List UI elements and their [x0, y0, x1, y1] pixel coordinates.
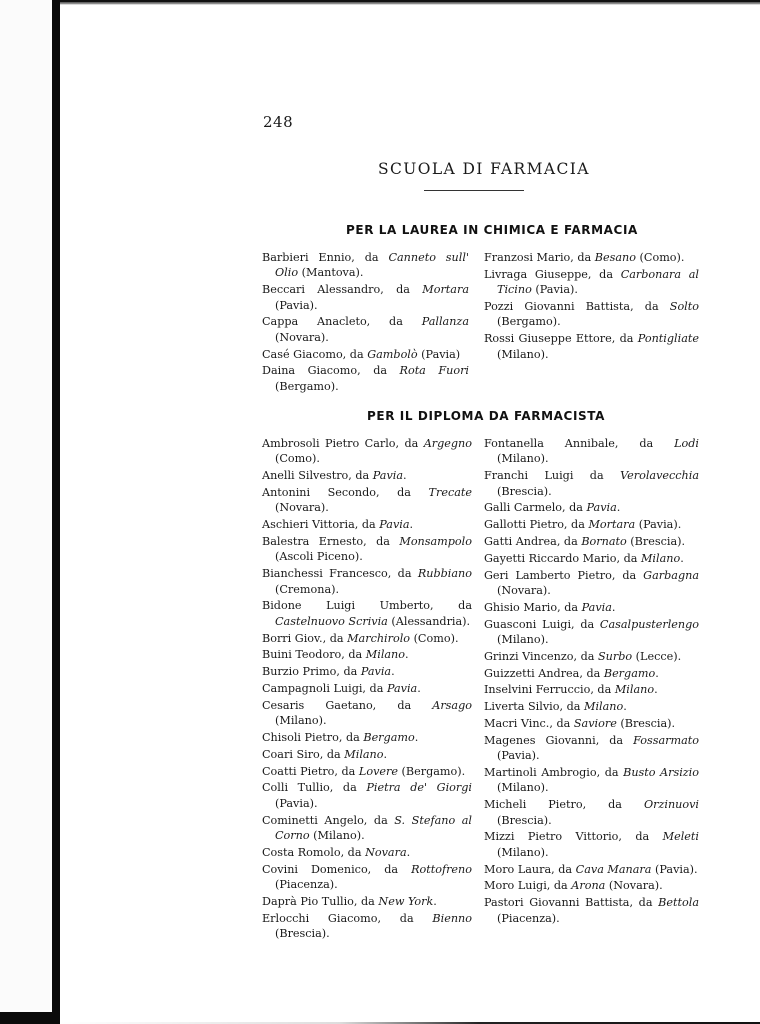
list-entry: Aschieri Vittoria, da Pavia. — [262, 517, 472, 532]
person-name: Casé Giacomo, da — [262, 348, 367, 361]
list-entry: Pozzi Giovanni Battista, da Solto (Berga… — [484, 299, 699, 330]
province: (Milano). — [275, 714, 327, 727]
list-entry: Cappa Anacleto, da Pallanza (Novara). — [262, 314, 469, 345]
list-entry: Guizzetti Andrea, da Bergamo. — [484, 666, 699, 681]
place-name: New York — [378, 895, 433, 908]
list-entry: Ambrosoli Pietro Carlo, da Argegno (Como… — [262, 436, 472, 467]
place-name: Monsampolo — [399, 535, 472, 548]
section-heading-laurea: PER LA LAUREA IN CHIMICA E FARMACIA — [346, 223, 638, 237]
list-entry: Geri Lamberto Pietro, da Garbagna (Novar… — [484, 568, 699, 599]
list-entry: Erlocchi Giacomo, da Bienno (Brescia). — [262, 911, 472, 942]
place-name: Milano — [366, 648, 405, 661]
province: (Milano). — [497, 781, 549, 794]
list-entry: Beccari Alessandro, da Mortara (Pavia). — [262, 282, 469, 313]
province: (Milano). — [310, 829, 365, 842]
province: . — [654, 683, 658, 696]
list-entry: Moro Laura, da Cava Manara (Pavia). — [484, 862, 699, 877]
place-name: Rottofreno — [411, 863, 472, 876]
person-name: Chisoli Pietro, da — [262, 731, 363, 744]
place-name: Bienno — [432, 912, 472, 925]
place-name: Pietra de' Giorgi — [366, 781, 472, 794]
province: (Brescia). — [617, 717, 675, 730]
diploma-column-left: Ambrosoli Pietro Carlo, da Argegno (Como… — [262, 436, 472, 941]
person-name: Mizzi Pietro Vittorio, da — [484, 830, 663, 843]
province: (Novara). — [275, 331, 329, 344]
list-entry: Guasconi Luigi, da Casalpusterlengo (Mil… — [484, 617, 699, 648]
province: (Brescia). — [275, 927, 330, 940]
person-name: Inselvini Ferruccio, da — [484, 683, 615, 696]
list-entry: Coari Siro, da Milano. — [262, 747, 472, 762]
place-name: Rubbiano — [418, 567, 472, 580]
person-name: Coatti Pietro, da — [262, 765, 359, 778]
person-name: Cesaris Gaetano, da — [262, 699, 432, 712]
list-entry: Buini Teodoro, da Milano. — [262, 647, 472, 662]
province: . — [384, 748, 388, 761]
list-entry: Gallotti Pietro, da Mortara (Pavia). — [484, 517, 699, 532]
place-name: Pallanza — [422, 315, 469, 328]
province: . — [391, 665, 395, 678]
list-entry: Barbieri Ennio, da Canneto sull' Olio (M… — [262, 250, 469, 281]
list-entry: Galli Carmelo, da Pavia. — [484, 500, 699, 515]
province: (Pavia). — [532, 283, 578, 296]
list-entry: Mizzi Pietro Vittorio, da Meleti (Milano… — [484, 829, 699, 860]
list-entry: Casé Giacomo, da Gambolò (Pavia) — [262, 347, 469, 362]
province: (Pavia). — [275, 797, 318, 810]
list-entry: Campagnoli Luigi, da Pavia. — [262, 681, 472, 696]
list-entry: Macri Vinc., da Saviore (Brescia). — [484, 716, 699, 731]
province: (Pavia) — [418, 348, 461, 361]
list-entry: Daina Giacomo, da Rota Fuori (Bergamo). — [262, 363, 469, 394]
list-entry: Ghisio Mario, da Pavia. — [484, 600, 699, 615]
province: . — [407, 846, 411, 859]
place-name: Marchirolo — [347, 632, 410, 645]
province: (Bergamo). — [275, 380, 339, 393]
person-name: Pozzi Giovanni Battista, da — [484, 300, 670, 313]
person-name: Gayetti Riccardo Mario, da — [484, 552, 641, 565]
province: . — [655, 667, 659, 680]
list-entry: Franzosi Mario, da Besano (Como). — [484, 250, 699, 265]
province: (Piacenza). — [497, 912, 560, 925]
person-name: Anelli Silvestro, da — [262, 469, 373, 482]
section-heading-diploma: PER IL DIPLOMA DA FARMACISTA — [367, 409, 605, 423]
person-name: Bidone Luigi Umberto, da — [262, 599, 472, 612]
person-name: Ghisio Mario, da — [484, 601, 582, 614]
province: (Como). — [275, 452, 320, 465]
province: (Mantova). — [298, 266, 363, 279]
person-name: Fontanella Annibale, da — [484, 437, 674, 450]
place-name: Bergamo — [363, 731, 414, 744]
province: (Cremona). — [275, 583, 339, 596]
list-entry: Gatti Andrea, da Bornato (Brescia). — [484, 534, 699, 549]
province: (Brescia). — [497, 814, 552, 827]
place-name: Solto — [670, 300, 699, 313]
place-name: Arona — [571, 879, 605, 892]
province: (Como). — [410, 632, 458, 645]
person-name: Macri Vinc., da — [484, 717, 574, 730]
list-entry: Covini Domenico, da Rottofreno (Piacenza… — [262, 862, 472, 893]
person-name: Franchi Luigi da — [484, 469, 620, 482]
place-name: Argegno — [424, 437, 472, 450]
diploma-column-right: Fontanella Annibale, da Lodi (Milano).Fr… — [484, 436, 699, 926]
list-entry: Moro Luigi, da Arona (Novara). — [484, 878, 699, 893]
province: . — [680, 552, 684, 565]
province: (Pavia). — [635, 518, 681, 531]
province: (Brescia). — [627, 535, 685, 548]
place-name: Garbagna — [643, 569, 699, 582]
person-name: Colli Tullio, da — [262, 781, 366, 794]
place-name: Rota Fuori — [400, 364, 469, 377]
province: (Novara). — [497, 584, 551, 597]
person-name: Daina Giacomo, da — [262, 364, 400, 377]
person-name: Barbieri Ennio, da — [262, 251, 388, 264]
list-entry: Colli Tullio, da Pietra de' Giorgi (Pavi… — [262, 780, 472, 811]
person-name: Rossi Giuseppe Ettore, da — [484, 332, 638, 345]
person-name: Balestra Ernesto, da — [262, 535, 399, 548]
place-name: Lodi — [674, 437, 699, 450]
list-entry: Burzio Primo, da Pavia. — [262, 664, 472, 679]
person-name: Moro Laura, da — [484, 863, 576, 876]
person-name: Guasconi Luigi, da — [484, 618, 600, 631]
laurea-column-right: Franzosi Mario, da Besano (Como).Livraga… — [484, 250, 699, 362]
province: . — [623, 700, 627, 713]
province: (Ascoli Piceno). — [275, 550, 363, 563]
page-number: 248 — [263, 113, 293, 131]
province: . — [405, 648, 409, 661]
list-entry: Livraga Giuseppe, da Carbonara al Ticino… — [484, 267, 699, 298]
place-name: Milano — [584, 700, 623, 713]
list-entry: Micheli Pietro, da Orzinuovi (Brescia). — [484, 797, 699, 828]
person-name: Beccari Alessandro, da — [262, 283, 422, 296]
list-entry: Borri Giov., da Marchirolo (Como). — [262, 631, 472, 646]
person-name: Costa Romolo, da — [262, 846, 365, 859]
person-name: Buini Teodoro, da — [262, 648, 366, 661]
list-entry: Costa Romolo, da Novara. — [262, 845, 472, 860]
person-name: Liverta Silvio, da — [484, 700, 584, 713]
person-name: Galli Carmelo, da — [484, 501, 587, 514]
place-name: Bornato — [581, 535, 626, 548]
province: (Pavia). — [497, 749, 540, 762]
place-name: Pontigliate — [638, 332, 699, 345]
place-name: Milano — [344, 748, 383, 761]
province: (Bergamo). — [398, 765, 465, 778]
place-name: Busto Arsizio — [623, 766, 699, 779]
person-name: Coari Siro, da — [262, 748, 344, 761]
person-name: Borri Giov., da — [262, 632, 347, 645]
province: (Pavia). — [275, 299, 318, 312]
list-entry: Chisoli Pietro, da Bergamo. — [262, 730, 472, 745]
person-name: Cominetti Angelo, da — [262, 814, 394, 827]
list-entry: Inselvini Ferruccio, da Milano. — [484, 682, 699, 697]
place-name: Cava Manara — [576, 863, 652, 876]
place-name: Gambolò — [367, 348, 417, 361]
place-name: Castelnuovo Scrivia — [275, 615, 388, 628]
province: (Pavia). — [651, 863, 697, 876]
place-name: Pavia — [582, 601, 612, 614]
list-entry: Cesaris Gaetano, da Arsago (Milano). — [262, 698, 472, 729]
person-name: Aschieri Vittoria, da — [262, 518, 379, 531]
facing-page-edge — [0, 0, 53, 1024]
list-entry: Grinzi Vincenzo, da Surbo (Lecce). — [484, 649, 699, 664]
province: (Bergamo). — [497, 315, 561, 328]
place-name: Mortara — [588, 518, 635, 531]
place-name: Surbo — [598, 650, 632, 663]
list-entry: Cominetti Angelo, da S. Stefano al Corno… — [262, 813, 472, 844]
person-name: Covini Domenico, da — [262, 863, 411, 876]
title-rule — [424, 190, 524, 191]
province: . — [617, 501, 621, 514]
place-name: Milano — [641, 552, 680, 565]
list-entry: Pastori Giovanni Battista, da Bettola (P… — [484, 895, 699, 926]
list-entry: Martinoli Ambrogio, da Busto Arsizio (Mi… — [484, 765, 699, 796]
list-entry: Daprà Pio Tullio, da New York. — [262, 894, 472, 909]
person-name: Campagnoli Luigi, da — [262, 682, 387, 695]
place-name: Pavia — [587, 501, 617, 514]
person-name: Geri Lamberto Pietro, da — [484, 569, 643, 582]
province: (Brescia). — [497, 485, 552, 498]
province: (Novara). — [605, 879, 662, 892]
list-entry: Magenes Giovanni, da Fossarmato (Pavia). — [484, 733, 699, 764]
person-name: Guizzetti Andrea, da — [484, 667, 604, 680]
place-name: Pavia — [387, 682, 417, 695]
person-name: Livraga Giuseppe, da — [484, 268, 621, 281]
person-name: Grinzi Vincenzo, da — [484, 650, 598, 663]
province: . — [417, 682, 421, 695]
person-name: Antonini Secondo, da — [262, 486, 429, 499]
place-name: Meleti — [663, 830, 699, 843]
province: . — [403, 469, 407, 482]
person-name: Daprà Pio Tullio, da — [262, 895, 378, 908]
place-name: Lovere — [359, 765, 398, 778]
place-name: Saviore — [574, 717, 617, 730]
person-name: Gatti Andrea, da — [484, 535, 581, 548]
person-name: Pastori Giovanni Battista, da — [484, 896, 658, 909]
place-name: Milano — [615, 683, 654, 696]
list-entry: Bidone Luigi Umberto, da Castelnuovo Scr… — [262, 598, 472, 629]
laurea-column-left: Barbieri Ennio, da Canneto sull' Olio (M… — [262, 250, 469, 394]
list-entry: Balestra Ernesto, da Monsampolo (Ascoli … — [262, 534, 472, 565]
province: . — [433, 895, 437, 908]
province: (Alessandria). — [388, 615, 470, 628]
province: (Milano). — [497, 846, 549, 859]
province: (Milano). — [497, 633, 549, 646]
province: (Novara). — [275, 501, 329, 514]
person-name: Magenes Giovanni, da — [484, 734, 633, 747]
list-entry: Antonini Secondo, da Trecate (Novara). — [262, 485, 472, 516]
person-name: Cappa Anacleto, da — [262, 315, 422, 328]
person-name: Bianchessi Francesco, da — [262, 567, 418, 580]
person-name: Burzio Primo, da — [262, 665, 361, 678]
province: (Piacenza). — [275, 878, 338, 891]
place-name: Fossarmato — [633, 734, 699, 747]
list-entry: Franchi Luigi da Verolavecchia (Brescia)… — [484, 468, 699, 499]
province: . — [415, 731, 419, 744]
person-name: Ambrosoli Pietro Carlo, da — [262, 437, 424, 450]
place-name: Casalpusterlengo — [600, 618, 699, 631]
province: . — [612, 601, 616, 614]
page-title: SCUOLA DI FARMACIA — [378, 160, 590, 178]
list-entry: Rossi Giuseppe Ettore, da Pontigliate (M… — [484, 331, 699, 362]
person-name: Moro Luigi, da — [484, 879, 571, 892]
person-name: Micheli Pietro, da — [484, 798, 644, 811]
place-name: Trecate — [429, 486, 472, 499]
place-name: Bergamo — [604, 667, 655, 680]
province: (Lecce). — [632, 650, 681, 663]
place-name: Pavia — [373, 469, 403, 482]
page-top-edge — [60, 0, 760, 5]
province: (Como). — [636, 251, 684, 264]
place-name: Novara — [365, 846, 407, 859]
list-entry: Bianchessi Francesco, da Rubbiano (Cremo… — [262, 566, 472, 597]
place-name: Verolavecchia — [620, 469, 699, 482]
province: . — [410, 518, 414, 531]
place-name: Mortara — [422, 283, 469, 296]
place-name: Bettola — [658, 896, 699, 909]
person-name: Erlocchi Giacomo, da — [262, 912, 432, 925]
person-name: Franzosi Mario, da — [484, 251, 595, 264]
list-entry: Coatti Pietro, da Lovere (Bergamo). — [262, 764, 472, 779]
place-name: Arsago — [432, 699, 472, 712]
place-name: Orzinuovi — [644, 798, 699, 811]
page-bottom-edge — [0, 1018, 760, 1024]
list-entry: Anelli Silvestro, da Pavia. — [262, 468, 472, 483]
place-name: Pavia — [379, 518, 409, 531]
list-entry: Gayetti Riccardo Mario, da Milano. — [484, 551, 699, 566]
list-entry: Liverta Silvio, da Milano. — [484, 699, 699, 714]
province: (Milano). — [497, 452, 549, 465]
province: (Milano). — [497, 348, 549, 361]
list-entry: Fontanella Annibale, da Lodi (Milano). — [484, 436, 699, 467]
book-spine-shadow — [52, 0, 60, 1024]
person-name: Martinoli Ambrogio, da — [484, 766, 623, 779]
place-name: Pavia — [361, 665, 391, 678]
place-name: Besano — [595, 251, 636, 264]
person-name: Gallotti Pietro, da — [484, 518, 588, 531]
